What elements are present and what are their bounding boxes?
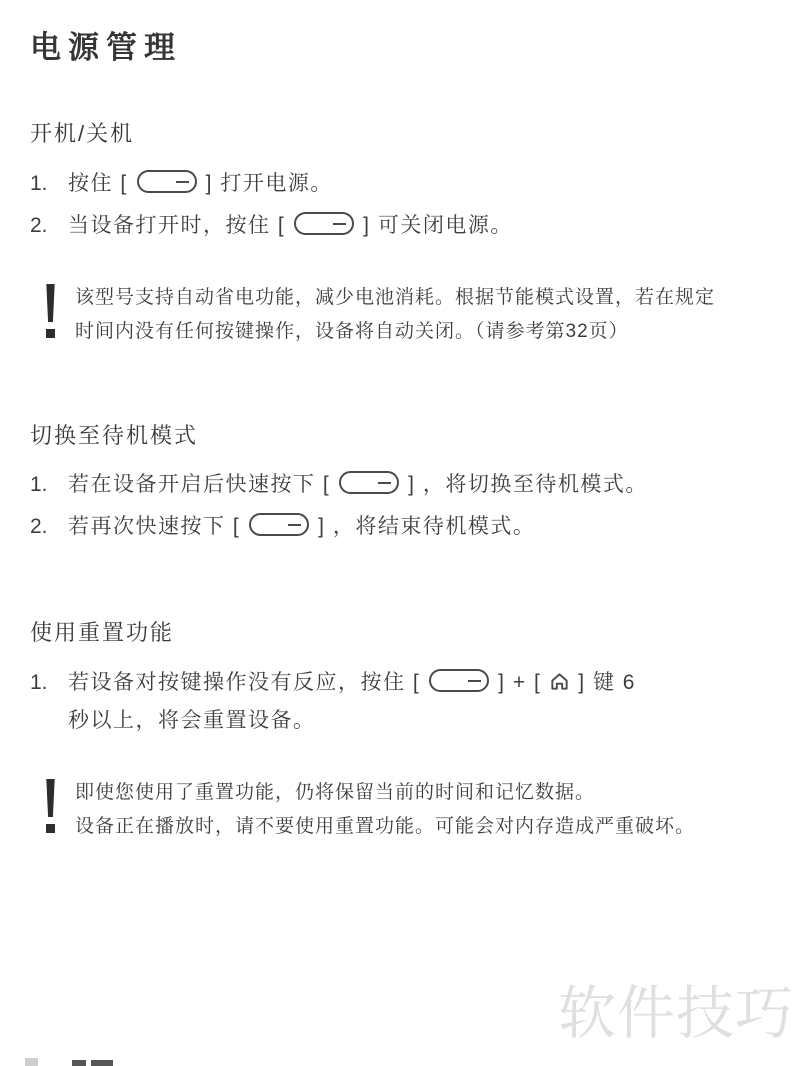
power-button-icon	[294, 212, 354, 235]
item-number: 2.	[30, 211, 68, 241]
item-text: 若设备对按键操作没有反应，按住 [] + [] 键 6 秒以上，将会重置设备。	[68, 668, 782, 736]
item-text: 若再次快速按下 [] ，将结束待机模式。	[68, 512, 782, 542]
power-button-icon	[249, 513, 309, 536]
section-heading: 使用重置功能	[30, 620, 782, 646]
list-item: 1. 若设备对按键操作没有反应，按住 [] + [] 键 6 秒以上，将会重置设…	[30, 668, 782, 736]
watermark-text: 软件技巧	[558, 966, 794, 1050]
item-text: 按住 [] 打开电源。	[68, 169, 782, 199]
list-item: 1. 若在设备开启后快速按下 [] ，将切换至待机模式。	[30, 470, 782, 500]
power-button-icon	[339, 471, 399, 494]
power-button-dash	[468, 680, 481, 682]
note-text: 即使您使用了重置功能，仍将保留当前的时间和记忆数据。 设备正在播放时，请不要使用…	[75, 776, 695, 844]
step-list: 1. 若设备对按键操作没有反应，按住 [] + [] 键 6 秒以上，将会重置设…	[30, 668, 782, 736]
section-standby-mode: 切换至待机模式 1. 若在设备开启后快速按下 [] ，将切换至待机模式。 2. …	[30, 423, 782, 554]
step-list: 1. 按住 [] 打开电源。 2. 当设备打开时，按住 [] 可关闭电源。	[30, 169, 782, 241]
cutoff-next-line-fragment	[25, 1057, 145, 1066]
section-heading: 开机/关机	[30, 121, 782, 147]
power-button-icon	[429, 669, 489, 692]
list-item: 1. 按住 [] 打开电源。	[30, 169, 782, 199]
home-icon	[549, 671, 570, 693]
manual-page: 电源管理 开机/关机 1. 按住 [] 打开电源。 2. 当设备打开时，按住 […	[0, 0, 800, 1066]
item-number: 1.	[30, 668, 68, 736]
note-block: 即使您使用了重置功能，仍将保留当前的时间和记忆数据。 设备正在播放时，请不要使用…	[30, 776, 782, 844]
power-button-dash	[176, 181, 189, 183]
exclamation-icon	[45, 776, 57, 844]
section-power-on-off: 开机/关机 1. 按住 [] 打开电源。 2. 当设备打开时，按住 [] 可关闭…	[30, 121, 782, 349]
list-item: 2. 若再次快速按下 [] ，将结束待机模式。	[30, 512, 782, 542]
item-number: 1.	[30, 169, 68, 199]
note-block: 该型号支持自动省电功能，减少电池消耗。根据节能模式设置，若在规定 时间内没有任何…	[30, 281, 782, 349]
power-button-dash	[378, 482, 391, 484]
step-list: 1. 若在设备开启后快速按下 [] ，将切换至待机模式。 2. 若再次快速按下 …	[30, 470, 782, 542]
note-text: 该型号支持自动省电功能，减少电池消耗。根据节能模式设置，若在规定 时间内没有任何…	[75, 281, 715, 349]
section-heading: 切换至待机模式	[30, 423, 782, 449]
exclamation-icon	[45, 281, 57, 349]
section-reset-function: 使用重置功能 1. 若设备对按键操作没有反应，按住 [] + [] 键 6 秒以…	[30, 620, 782, 844]
item-text: 若在设备开启后快速按下 [] ，将切换至待机模式。	[68, 470, 782, 500]
page-title: 电源管理	[30, 22, 182, 67]
item-text: 当设备打开时，按住 [] 可关闭电源。	[68, 211, 782, 241]
power-button-dash	[333, 223, 346, 225]
item-number: 1.	[30, 470, 68, 500]
power-button-dash	[288, 524, 301, 526]
power-button-icon	[137, 170, 197, 193]
item-number: 2.	[30, 512, 68, 542]
list-item: 2. 当设备打开时，按住 [] 可关闭电源。	[30, 211, 782, 241]
